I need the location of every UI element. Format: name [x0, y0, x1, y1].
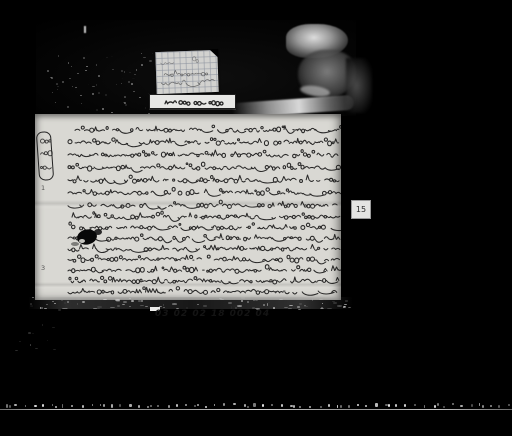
speckle [83, 57, 85, 59]
speckle [92, 93, 94, 95]
speckle [110, 307, 115, 308]
ruler-tick [395, 404, 397, 406]
ruler-tick [100, 404, 102, 406]
speckle [344, 304, 347, 306]
speckle [122, 78, 123, 80]
speckle [220, 299, 224, 300]
speckle [298, 298, 301, 299]
speckle [319, 299, 323, 300]
speckle [28, 332, 30, 334]
ruler-tick [138, 405, 140, 408]
frame-number-tile: 15 [351, 200, 371, 219]
script-line [68, 175, 339, 184]
note-line [164, 69, 208, 77]
speckle [327, 308, 332, 309]
speckle [96, 109, 97, 111]
ruler-tick [194, 405, 195, 407]
speckle [121, 83, 122, 84]
speckle [116, 84, 117, 85]
speckle [75, 87, 76, 88]
ruler-tick [271, 404, 274, 407]
ruler-tick [205, 406, 207, 408]
title-label-strip [149, 94, 236, 109]
speckle [67, 106, 69, 107]
speckle [57, 89, 59, 90]
ruler-tick [424, 405, 425, 408]
speckle [263, 304, 265, 306]
script-line [68, 138, 339, 147]
speckle [58, 309, 61, 311]
speckle [53, 349, 55, 350]
speckle [172, 303, 177, 305]
script-line [72, 211, 340, 221]
speckle [124, 58, 126, 59]
ink-blot [71, 242, 79, 246]
speckle [54, 303, 57, 304]
speckle [143, 57, 145, 59]
speckle [88, 84, 89, 85]
page-crease [35, 200, 341, 210]
speckle [77, 303, 78, 305]
speckle [62, 81, 63, 83]
ruler-tick [309, 406, 310, 409]
ruler-tick [414, 404, 416, 406]
speckle [102, 108, 104, 110]
margin-number: 1 [41, 184, 45, 192]
speckle [298, 309, 301, 310]
ruler-baseline [0, 409, 512, 410]
speckle [139, 97, 140, 98]
ruler-tick [34, 405, 37, 408]
speckle [77, 298, 81, 300]
ruler-tick [299, 406, 301, 408]
speckle [30, 305, 33, 307]
speckle [163, 307, 165, 308]
speckle [64, 302, 66, 304]
speckle [131, 83, 133, 85]
speckle [52, 327, 55, 329]
ruler-tick [482, 405, 484, 408]
ruler-tick [244, 404, 246, 406]
speckle [279, 299, 283, 300]
speckle [149, 60, 151, 62]
ruler-tick [498, 405, 499, 408]
ruler-tick [471, 404, 473, 407]
speckle [71, 66, 72, 67]
speckle [124, 71, 126, 73]
speckle [273, 307, 275, 309]
speckle [233, 305, 237, 306]
ruler-tick [14, 404, 17, 406]
speckle [123, 301, 127, 303]
page-crease [35, 282, 341, 290]
ruler-tick [340, 405, 342, 407]
manuscript-page: 13 [35, 114, 341, 300]
speckle [320, 308, 324, 309]
speckle [98, 92, 100, 93]
speckle [82, 301, 85, 303]
ruler-tick [262, 404, 264, 407]
ruler-tick [92, 404, 93, 406]
speckle [19, 341, 20, 343]
speckle [241, 300, 243, 302]
speckle [122, 304, 125, 305]
speckle [268, 302, 270, 304]
note-mark [192, 57, 198, 63]
ruler-tick [293, 405, 295, 407]
ruler-tick [233, 403, 236, 405]
speckle [131, 300, 134, 302]
speckle [57, 86, 58, 87]
ink-blot [94, 229, 102, 235]
speckle [128, 81, 130, 83]
speckle [124, 96, 126, 98]
note-line [161, 79, 214, 88]
speckle [106, 57, 107, 58]
ruler-tick [452, 403, 453, 405]
ruler-tick [197, 404, 199, 406]
speckle [32, 333, 34, 335]
grid-paper-note [155, 50, 218, 94]
ruler-tick [9, 405, 11, 408]
speckle [136, 69, 137, 71]
speckle [77, 73, 79, 74]
speckle [46, 304, 48, 306]
speckle [337, 305, 342, 307]
cartouche-glyphs [41, 151, 53, 156]
ruler-tick [176, 404, 178, 407]
speckle [140, 67, 142, 68]
script-line [68, 244, 340, 253]
speckle [51, 77, 53, 79]
ruler-tick [62, 404, 63, 407]
speckle [116, 65, 117, 67]
cartouche-glyphs [41, 166, 52, 169]
ruler-tick [365, 405, 367, 407]
ruler-tick [42, 404, 44, 407]
ruler-tick [157, 405, 159, 407]
speckle [98, 75, 100, 76]
speckle [35, 348, 37, 349]
speckle [85, 70, 87, 71]
speckle [72, 86, 74, 87]
ruler-tick [214, 404, 216, 406]
ruler-tick [357, 404, 359, 406]
ruler-tick [404, 404, 406, 407]
texture-speckles [14, 320, 84, 350]
speckle [267, 303, 268, 305]
ruler-tick [460, 405, 462, 408]
speckle [145, 107, 146, 108]
ruler-tick [437, 403, 439, 406]
speckle [203, 305, 207, 307]
speckle [112, 69, 114, 70]
ruler-tick [490, 405, 492, 407]
speckle [41, 307, 44, 309]
speckle [52, 301, 53, 302]
archive-code: 03 02 02 18 002 04 [155, 309, 270, 319]
speckle [284, 307, 288, 308]
speckle [105, 94, 107, 96]
note-mark [161, 62, 174, 64]
speckle [111, 56, 113, 57]
script-line [68, 234, 340, 243]
speckle [132, 78, 134, 79]
ruler-tick [25, 405, 26, 408]
speckle [139, 305, 142, 307]
speckle [80, 95, 82, 97]
speckle [86, 66, 87, 67]
speckle [129, 72, 131, 73]
ruler-tick [348, 405, 351, 408]
speckle [297, 306, 300, 307]
ruler-tick [147, 406, 149, 408]
speckle [96, 64, 97, 66]
ruler-tick [129, 404, 132, 407]
speckle [255, 300, 258, 301]
speckle [55, 102, 56, 104]
texture-speckles [30, 297, 352, 309]
ruler-tick [111, 404, 113, 407]
script-line [68, 150, 338, 158]
film-scratch-mark [84, 26, 86, 33]
ruler-tick [82, 405, 84, 408]
speckle [47, 340, 48, 342]
ruler-tick [281, 404, 284, 407]
texture-speckles [46, 52, 156, 118]
speckle [152, 53, 153, 54]
speckle [68, 62, 69, 64]
speckle [44, 308, 47, 310]
speckle [345, 300, 349, 301]
note-handwriting [155, 50, 218, 94]
speckle [30, 344, 31, 346]
ruler-tick [103, 404, 105, 407]
strip-word [194, 101, 223, 106]
script-line [75, 125, 341, 133]
strip-word [165, 101, 190, 106]
speckle [15, 350, 18, 351]
archive-code-label: 03 02 02 18 002 04 [150, 307, 160, 311]
frame-number: 15 [356, 205, 366, 214]
speckle [129, 298, 131, 299]
speckle [81, 103, 82, 105]
ruler-tick [253, 403, 256, 406]
ruler-tick [508, 404, 509, 406]
speckle [129, 306, 131, 307]
speckle [141, 300, 143, 301]
ruler-tick [388, 404, 390, 407]
speckle [141, 64, 143, 65]
speckle [228, 302, 232, 304]
speckle [69, 78, 71, 79]
margin-number: 3 [41, 264, 45, 272]
ruler-tick [55, 406, 57, 409]
ruler-tick [223, 403, 225, 406]
ruler-tick [150, 405, 152, 408]
speckle [247, 301, 249, 303]
ruler-tick [247, 406, 249, 409]
ruler-tick [71, 405, 73, 407]
speckle [348, 307, 351, 308]
script-line [68, 255, 340, 264]
ruler-tick [443, 406, 445, 408]
speckle [344, 306, 346, 307]
speckle [30, 303, 31, 305]
speckle [289, 305, 294, 306]
speckle [58, 55, 59, 57]
speckle [32, 297, 34, 298]
ruler-tick [185, 404, 187, 406]
title-label-script [150, 95, 235, 108]
speckle [134, 74, 136, 75]
speckle [103, 299, 107, 300]
script-line [68, 265, 341, 274]
speckle [52, 92, 54, 93]
script-line [68, 162, 341, 172]
speckle [121, 70, 123, 72]
ruler-tick [320, 406, 322, 408]
script-line [69, 222, 341, 230]
cartouche-glyphs [41, 139, 52, 143]
speckle [299, 303, 303, 305]
speckle [312, 299, 313, 301]
measuring-ruler [0, 400, 512, 414]
ruler-tick [479, 403, 480, 405]
speckle [322, 303, 323, 304]
speckle [241, 297, 245, 298]
speckle [333, 302, 337, 304]
ruler-tick [168, 405, 170, 408]
speckle [141, 53, 142, 54]
speckle [253, 300, 255, 301]
microfilm-frame: 13 15 03 02 02 18 002 04 [0, 0, 512, 436]
ruler-tick [337, 405, 338, 408]
speckle [288, 308, 292, 310]
speckle [96, 84, 97, 86]
speckle [117, 305, 120, 307]
ruler-tick [119, 404, 122, 407]
speckle [92, 86, 94, 87]
speckle [47, 70, 49, 72]
speckle [125, 104, 127, 105]
ruler-tick [434, 405, 436, 408]
ruler-tick [328, 404, 330, 407]
ruler-tick [375, 403, 378, 406]
speckle [163, 304, 164, 306]
speckle [61, 300, 64, 301]
speckle [237, 305, 242, 307]
ruler-tick [52, 404, 53, 406]
speckle [67, 301, 68, 302]
ruler-tick [6, 404, 8, 407]
speckle [42, 324, 44, 326]
speckle [197, 304, 199, 305]
speckle [133, 91, 135, 92]
speckle [56, 83, 58, 85]
ink-blot [79, 239, 85, 243]
script-line [68, 187, 341, 196]
speckle [116, 299, 120, 301]
